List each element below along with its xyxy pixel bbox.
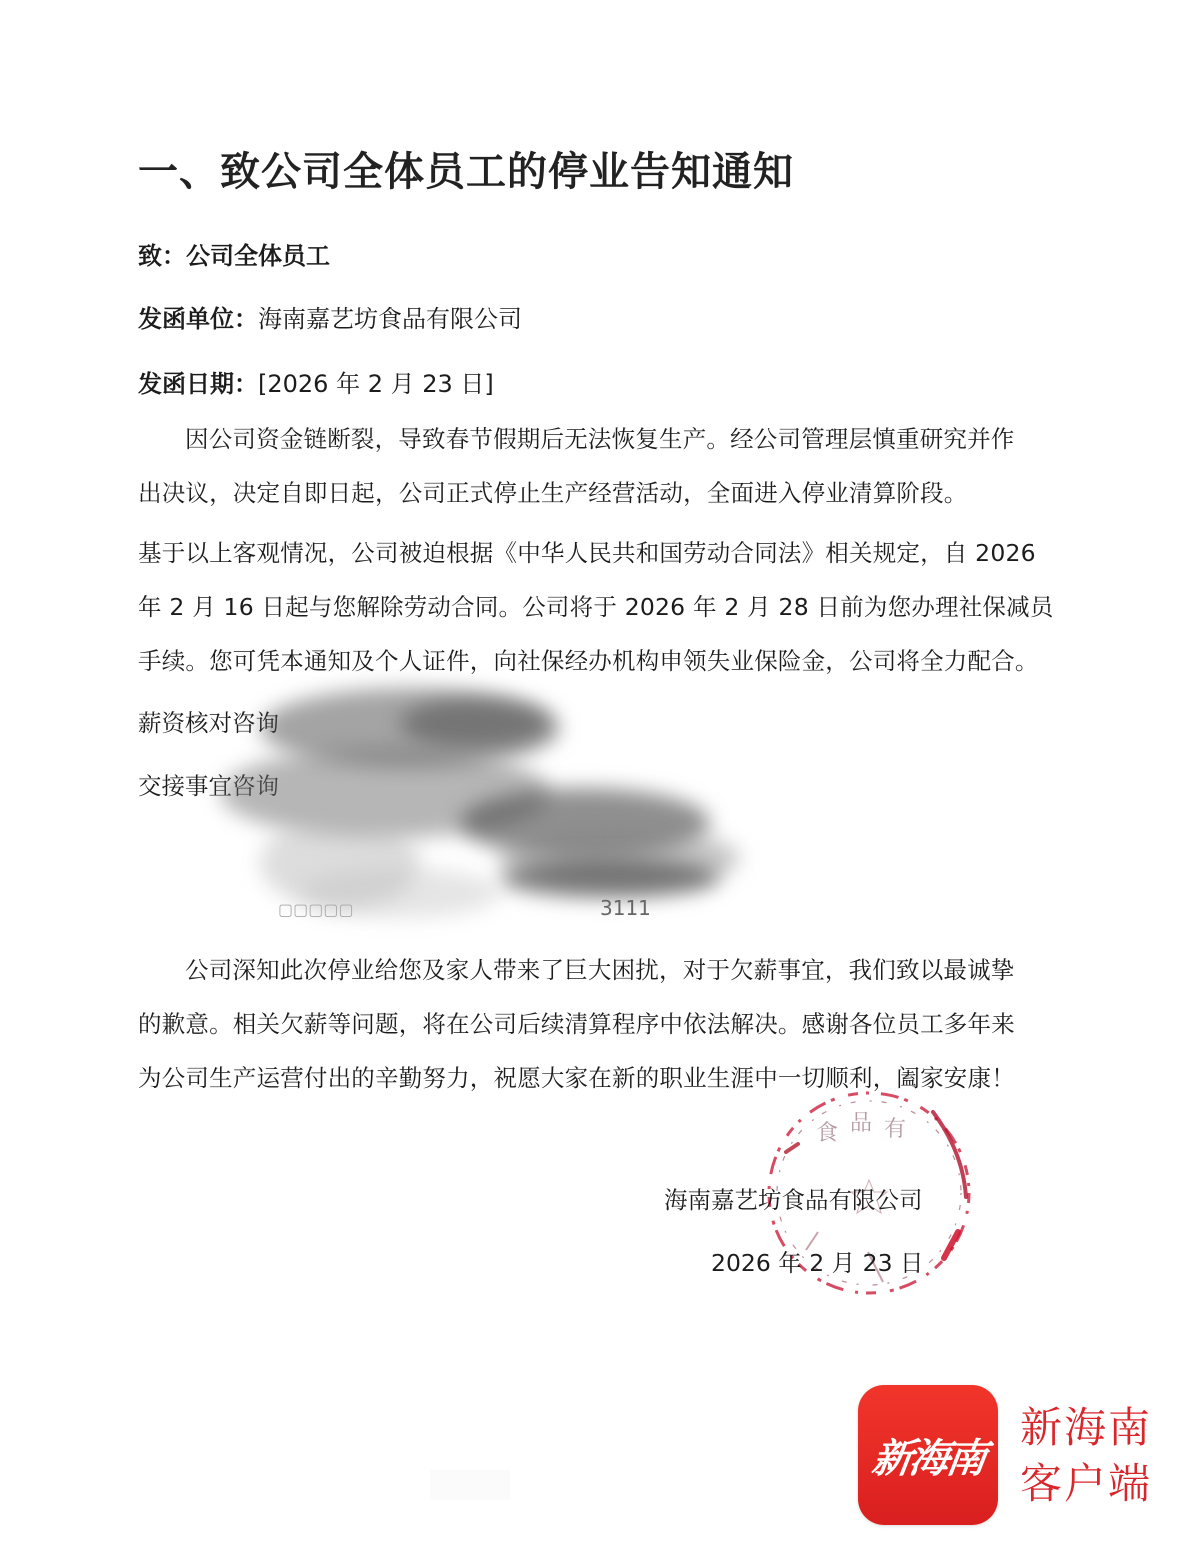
xinhainan-logo-icon: 新海南 bbox=[858, 1385, 998, 1525]
notice-document: 一、致公司全体员工的停业告知通知 致：公司全体员工 发函单位：海南嘉艺坊食品有限… bbox=[0, 0, 1179, 1547]
date-line: 发函日期：[2026 年 2 月 23 日] bbox=[138, 364, 494, 399]
sender-label: 发函单位： bbox=[138, 305, 258, 333]
paragraph-line: 的歉意。相关欠薪等问题，将在公司后续清算程序中依法解决。感谢各位员工多年来 bbox=[138, 997, 1038, 1051]
redacted-partial-number: 3111 bbox=[600, 896, 651, 920]
svg-text:食: 食 bbox=[816, 1121, 838, 1146]
contact-salary-label: 薪资核对咨询 bbox=[138, 704, 279, 738]
svg-text:品: 品 bbox=[850, 1111, 872, 1136]
xinhainan-brand-text: 新海南 客户端 bbox=[1020, 1400, 1152, 1512]
recipient-value: 公司全体员工 bbox=[186, 242, 330, 270]
logo-calligraphy: 新海南 bbox=[868, 1427, 987, 1484]
paragraph-line: 公司深知此次停业给您及家人带来了巨大困扰，对于欠薪事宜，我们致以最诚挚 bbox=[138, 943, 1038, 997]
paragraph-apology: 公司深知此次停业给您及家人带来了巨大困扰，对于欠薪事宜，我们致以最诚挚 的歉意。… bbox=[138, 943, 1038, 1105]
brand-line-1: 新海南 bbox=[1020, 1400, 1152, 1456]
date-value: [2026 年 2 月 23 日] bbox=[258, 370, 494, 398]
signature-date: 2026 年 2 月 23 日 bbox=[711, 1244, 924, 1278]
scan-artifact bbox=[430, 1470, 510, 1500]
recipient-line: 致：公司全体员工 bbox=[138, 236, 330, 271]
recipient-label: 致： bbox=[138, 242, 186, 270]
brand-line-2: 客户端 bbox=[1020, 1456, 1152, 1512]
document-title: 一、致公司全体员工的停业告知通知 bbox=[138, 140, 794, 197]
redacted-faint-text: ▢▢▢▢▢ bbox=[278, 900, 354, 919]
date-label: 发函日期： bbox=[138, 370, 258, 398]
signature-company: 海南嘉艺坊食品有限公司 bbox=[664, 1181, 923, 1215]
paragraph-line: 基于以上客观情况，公司被迫根据《中华人民共和国劳动合同法》相关规定，自 2026 bbox=[138, 526, 1038, 580]
paragraph-suspension: 因公司资金链断裂，导致春节假期后无法恢复生产。经公司管理层慎重研究并作 出决议，… bbox=[138, 412, 1038, 520]
svg-text:有: 有 bbox=[884, 1117, 906, 1142]
paragraph-termination: 基于以上客观情况，公司被迫根据《中华人民共和国劳动合同法》相关规定，自 2026… bbox=[138, 526, 1038, 688]
contact-handover-label: 交接事宜咨询 bbox=[138, 767, 279, 801]
sender-value: 海南嘉艺坊食品有限公司 bbox=[258, 305, 522, 333]
redaction-smudge bbox=[200, 678, 770, 928]
paragraph-line: 手续。您可凭本通知及个人证件，向社保经办机构申领失业保险金，公司将全力配合。 bbox=[138, 634, 1038, 688]
sender-line: 发函单位：海南嘉艺坊食品有限公司 bbox=[138, 299, 522, 334]
paragraph-line: 年 2 月 16 日起与您解除劳动合同。公司将于 2026 年 2 月 28 日… bbox=[138, 580, 1038, 634]
paragraph-line: 因公司资金链断裂，导致春节假期后无法恢复生产。经公司管理层慎重研究并作 bbox=[138, 412, 1038, 466]
paragraph-line: 出决议，决定自即日起，公司正式停止生产经营活动，全面进入停业清算阶段。 bbox=[138, 466, 1038, 520]
